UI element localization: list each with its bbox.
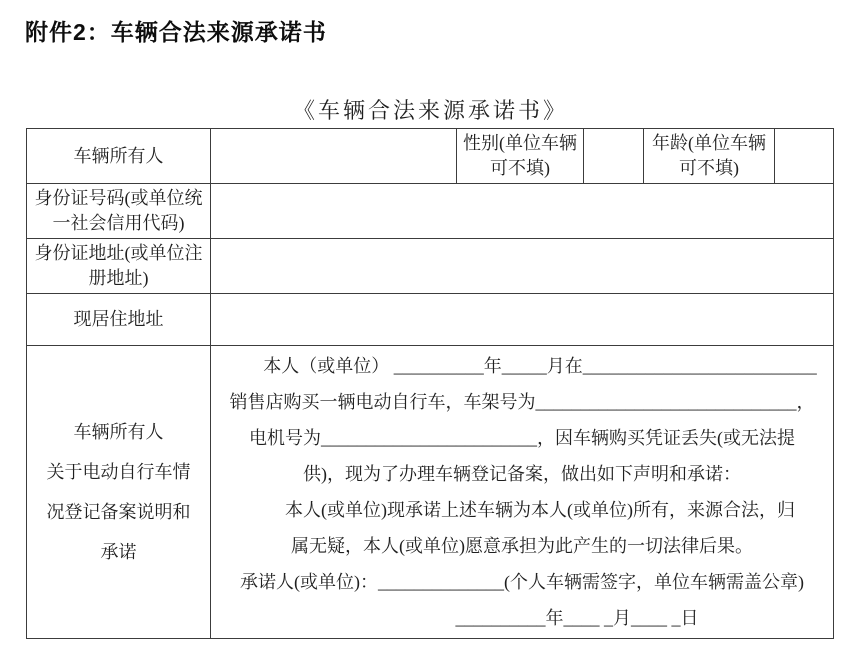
commitment-row: 车辆所有人 关于电动自行车情 况登记备案说明和 承诺 本人（或单位） _____…: [27, 346, 834, 639]
current-address-label: 现居住地址: [27, 294, 211, 346]
owner-value-cell: [211, 129, 457, 184]
current-address-value-cell: [211, 294, 834, 346]
commitment-label-line: 车辆所有人: [31, 412, 206, 452]
commitment-form-table: 车辆所有人 性别(单位车辆可不填) 年龄(单位车辆可不填) 身份证号码(或单位统…: [26, 128, 834, 639]
commitment-statement: 本人（或单位） __________年_____月在______________…: [211, 346, 834, 639]
statement-line: 供)，现为了办理车辆登记备案，做出如下声明和承诺：: [215, 456, 829, 492]
id-number-row: 身份证号码(或单位统一社会信用代码): [27, 184, 834, 239]
age-label: 年龄(单位车辆可不填): [644, 129, 775, 184]
age-value-cell: [775, 129, 834, 184]
current-address-row: 现居住地址: [27, 294, 834, 346]
owner-row: 车辆所有人 性别(单位车辆可不填) 年龄(单位车辆可不填): [27, 129, 834, 184]
commitment-label: 车辆所有人 关于电动自行车情 况登记备案说明和 承诺: [27, 346, 211, 639]
statement-line: 承诺人(或单位)：______________(个人车辆需签字，单位车辆需盖公章…: [215, 564, 829, 600]
statement-line: 本人（或单位） __________年_____月在______________…: [215, 348, 829, 384]
gender-label: 性别(单位车辆可不填): [457, 129, 584, 184]
id-address-value-cell: [211, 239, 834, 294]
document-title: 《车辆合法来源承诺书》: [0, 94, 861, 125]
statement-line: 本人(或单位)现承诺上述车辆为本人(或单位)所有，来源合法，归: [215, 492, 829, 528]
attachment-heading: 附件2：车辆合法来源承诺书: [25, 17, 327, 47]
commitment-label-line: 况登记备案说明和: [31, 492, 206, 532]
id-address-label: 身份证地址(或单位注册地址): [27, 239, 211, 294]
statement-line: 销售店购买一辆电动自行车，车架号为_______________________…: [215, 384, 829, 420]
id-number-value-cell: [211, 184, 834, 239]
gender-value-cell: [584, 129, 644, 184]
id-number-label: 身份证号码(或单位统一社会信用代码): [27, 184, 211, 239]
statement-line: 属无疑，本人(或单位)愿意承担为此产生的一切法律后果。: [215, 528, 829, 564]
commitment-label-line: 承诺: [31, 532, 206, 572]
id-address-row: 身份证地址(或单位注册地址): [27, 239, 834, 294]
statement-date-line: __________年____ _月____ _日: [215, 600, 829, 636]
owner-label: 车辆所有人: [27, 129, 211, 184]
statement-line: 电机号为________________________，因车辆购买凭证丢失(或…: [215, 420, 829, 456]
commitment-label-line: 关于电动自行车情: [31, 452, 206, 492]
